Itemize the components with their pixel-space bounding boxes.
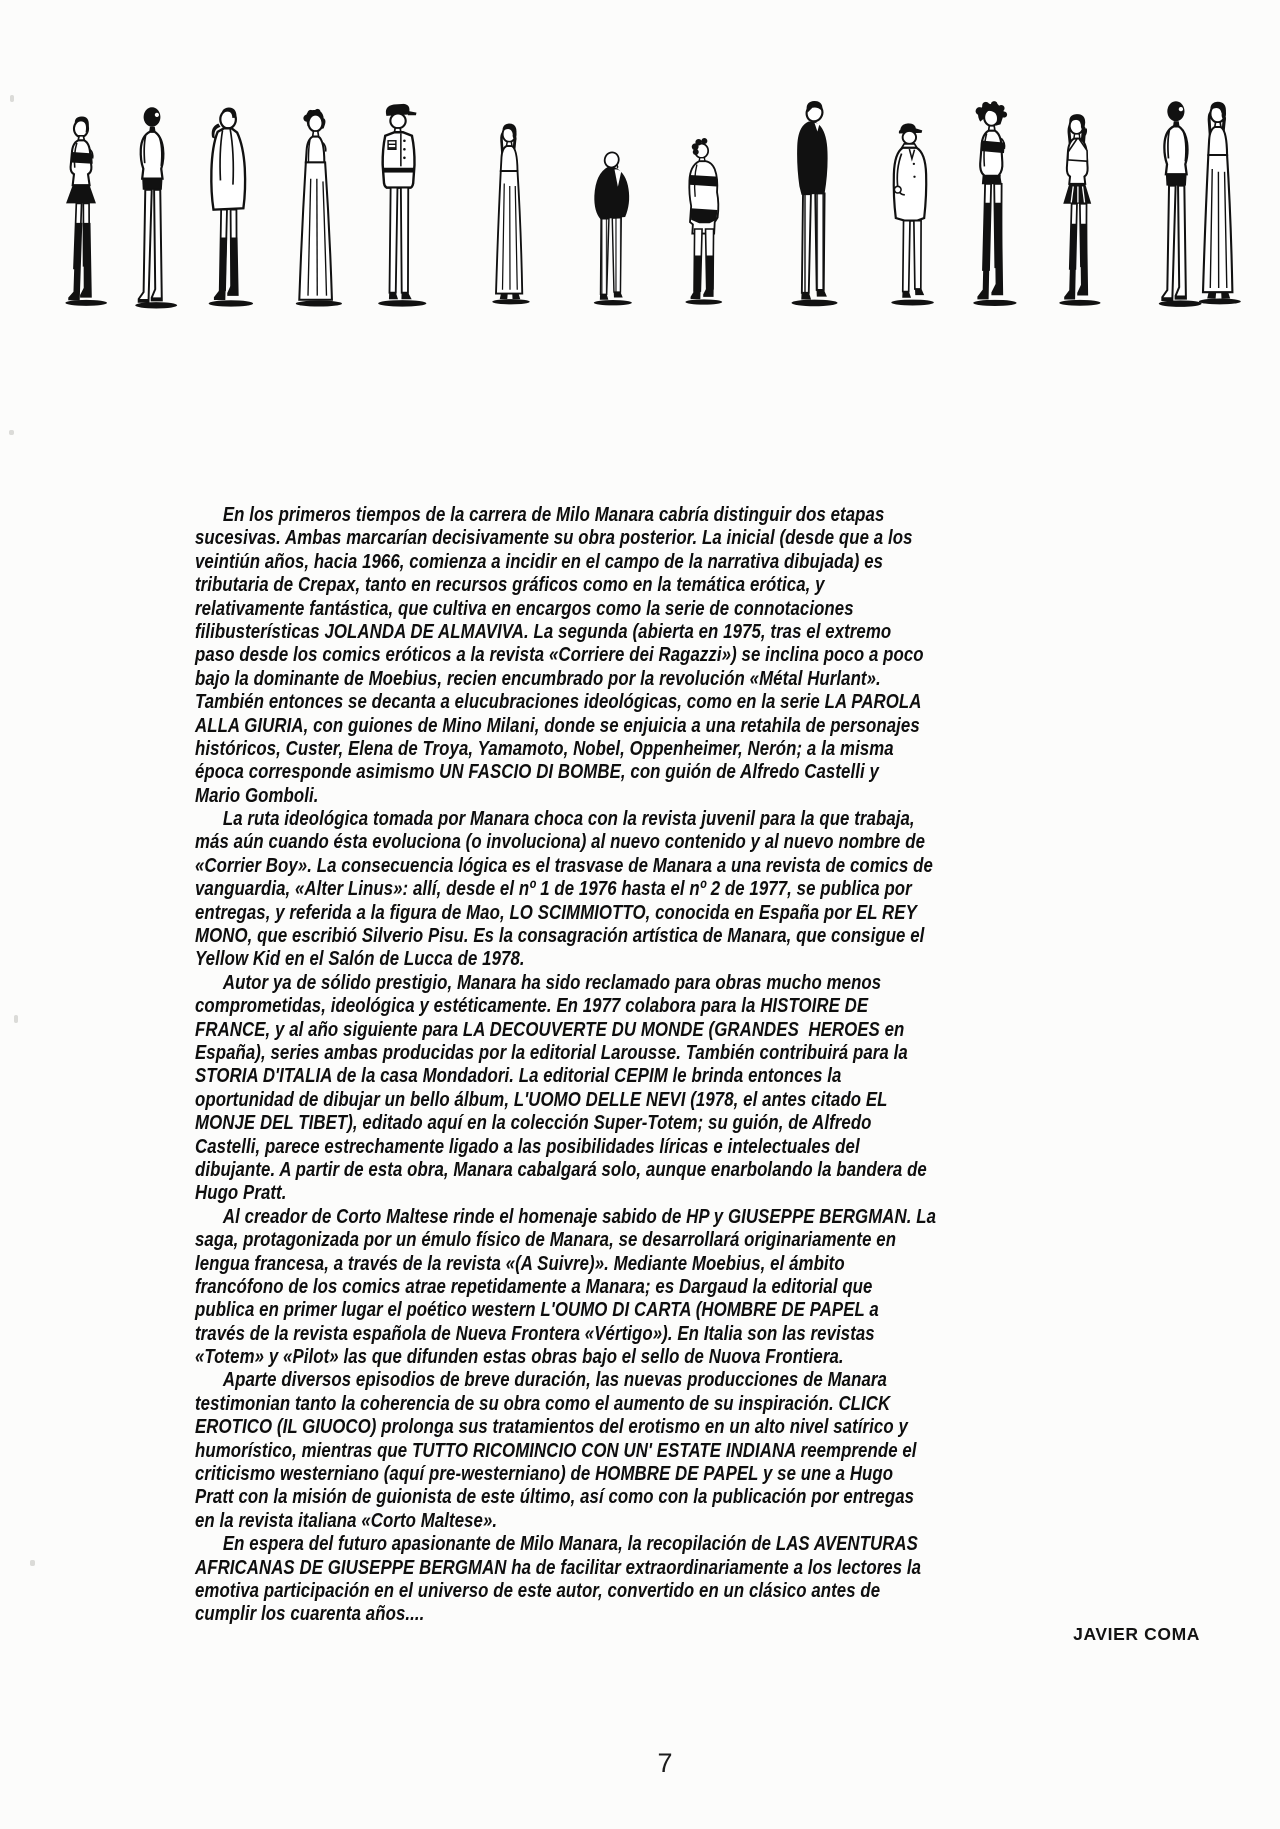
text-line: lengua francesa, a través de la revista … (195, 1252, 1045, 1275)
text-line: En los primeros tiempos de la carrera de… (195, 503, 1045, 526)
text-line: francófono de los comics atrae repetidam… (195, 1275, 1045, 1298)
essay-text-block: En los primeros tiempos de la carrera de… (195, 503, 1045, 1626)
figure-fat-underwear-woman (685, 138, 722, 305)
text-line: época corresponde asimismo UN FASCIO DI … (195, 760, 1045, 783)
figure-long-hair-dress-woman (492, 124, 530, 305)
figure-military-officer (378, 104, 426, 307)
text-line: criticismo westerniano (aquí pre-western… (195, 1462, 1045, 1485)
text-line: en la revista italiana «Corto Maltese». (195, 1509, 1045, 1532)
text-line: En espera del futuro apasionante de Milo… (195, 1532, 1045, 1555)
text-line: sucesivas. Ambas marcarían decisivamente… (195, 526, 1045, 549)
text-line: Mario Gomboli. (195, 784, 1045, 807)
text-line: humorístico, mientras que TUTTO RICOMINC… (195, 1439, 1045, 1462)
text-line: testimonian tanto la coherencia de su ob… (195, 1392, 1045, 1415)
text-line: ALLA GIURIA, con guiones de Mino Milani,… (195, 714, 1045, 737)
text-line: «Totem» y «Pilot» las que difunden estas… (195, 1345, 1045, 1368)
text-line: más aún cuando ésta evoluciona (o involu… (195, 830, 1045, 853)
text-line: bajo la dominante de Moebius, recien enc… (195, 667, 1045, 690)
text-line: La ruta ideológica tomada por Manara cho… (195, 807, 1045, 830)
text-line: vanguardia, «Alter Linus»: allí, desde e… (195, 877, 1045, 900)
text-line: Pratt con la misión de guionista de este… (195, 1485, 1045, 1508)
text-line: «Corrier Boy». La consecuencia lógica es… (195, 854, 1045, 877)
text-line: relativamente fantástica, que cultiva en… (195, 597, 1045, 620)
text-line: Yellow Kid en el Salón de Lucca de 1978. (195, 947, 1045, 970)
character-queue-illustration (0, 0, 1280, 340)
text-line: históricos, Custer, Elena de Troya, Yama… (195, 737, 1045, 760)
text-line: saga, protagonizada por un émulo físico … (195, 1228, 1045, 1251)
figure-curly-hair-bikini-woman (973, 101, 1016, 306)
text-line: Autor ya de sólido prestigio, Manara ha … (195, 971, 1045, 994)
text-line: publica en primer lugar el poético weste… (195, 1298, 1045, 1321)
text-line: oportunidad de dibujar un bello álbum, L… (195, 1088, 1045, 1111)
figure-woman-miniskirt-boots (65, 117, 107, 306)
figure-fat-bald-suit-man (594, 151, 632, 306)
text-line: veintiún años, hacia 1966, comienza a in… (195, 550, 1045, 573)
text-line: Castelli, parece estrechamente ligado a … (195, 1135, 1045, 1158)
text-line: STORIA D'ITALIA de la casa Mondadori. La… (195, 1064, 1045, 1087)
text-line: entregas, y referida a la figura de Mao,… (195, 901, 1045, 924)
text-line: filibusterísticas JOLANDA DE ALMAVIVA. L… (195, 620, 1045, 643)
scan-speck (9, 430, 14, 435)
text-line: Al creador de Corto Maltese rinde el hom… (195, 1205, 1045, 1228)
figure-masked-nude-man-2 (1159, 101, 1202, 307)
text-line: dibujante. A partir de esta obra, Manara… (195, 1158, 1045, 1181)
figure-masked-nude-man (135, 107, 177, 308)
text-line: cumplir los cuarenta años.... (195, 1602, 1045, 1625)
figure-trenchcoat-hat-man (891, 123, 934, 305)
text-line: Hugo Pratt. (195, 1181, 1045, 1204)
text-line: comprometidas, ideológica y estéticament… (195, 994, 1045, 1017)
figure-long-skirt-woman (1199, 102, 1241, 305)
figure-hooded-coat-man (209, 107, 253, 306)
text-line: MONJE DEL TIBET), editado aquí en la col… (195, 1111, 1045, 1134)
text-line: AFRICANAS DE GIUSEPPE BERGMAN ha de faci… (195, 1556, 1045, 1579)
text-line: paso desde los comics eróticos a la revi… (195, 643, 1045, 666)
text-line: emotiva participación en el universo de … (195, 1579, 1045, 1602)
text-line: También entonces se decanta a elucubraci… (195, 690, 1045, 713)
figure-tall-dark-suit-man (791, 101, 837, 306)
text-line: tributaria de Crepax, tanto en recursos … (195, 573, 1045, 596)
text-line: Aparte diversos episodios de breve durac… (195, 1368, 1045, 1391)
text-line: MONO, que escribió Silverio Pisu. Es la … (195, 924, 1045, 947)
text-line: España), series ambas producidas por la … (195, 1041, 1045, 1064)
text-line: EROTICO (IL GIUOCO) prolonga sus tratami… (195, 1415, 1045, 1438)
figure-curly-hair-gown-woman (296, 109, 342, 307)
scan-speck (14, 1015, 18, 1023)
page-number: 7 (640, 1748, 690, 1779)
text-line: FRANCE, y al año siguiente para LA DECOU… (195, 1018, 1045, 1041)
text-line: través de la revista española de Nueva F… (195, 1322, 1045, 1345)
scan-speck (30, 1560, 35, 1566)
figure-halter-miniskirt-woman (1059, 114, 1100, 306)
scanned-book-page: En los primeros tiempos de la carrera de… (0, 0, 1280, 1829)
byline-author: JAVIER COMA (1000, 1624, 1200, 1645)
